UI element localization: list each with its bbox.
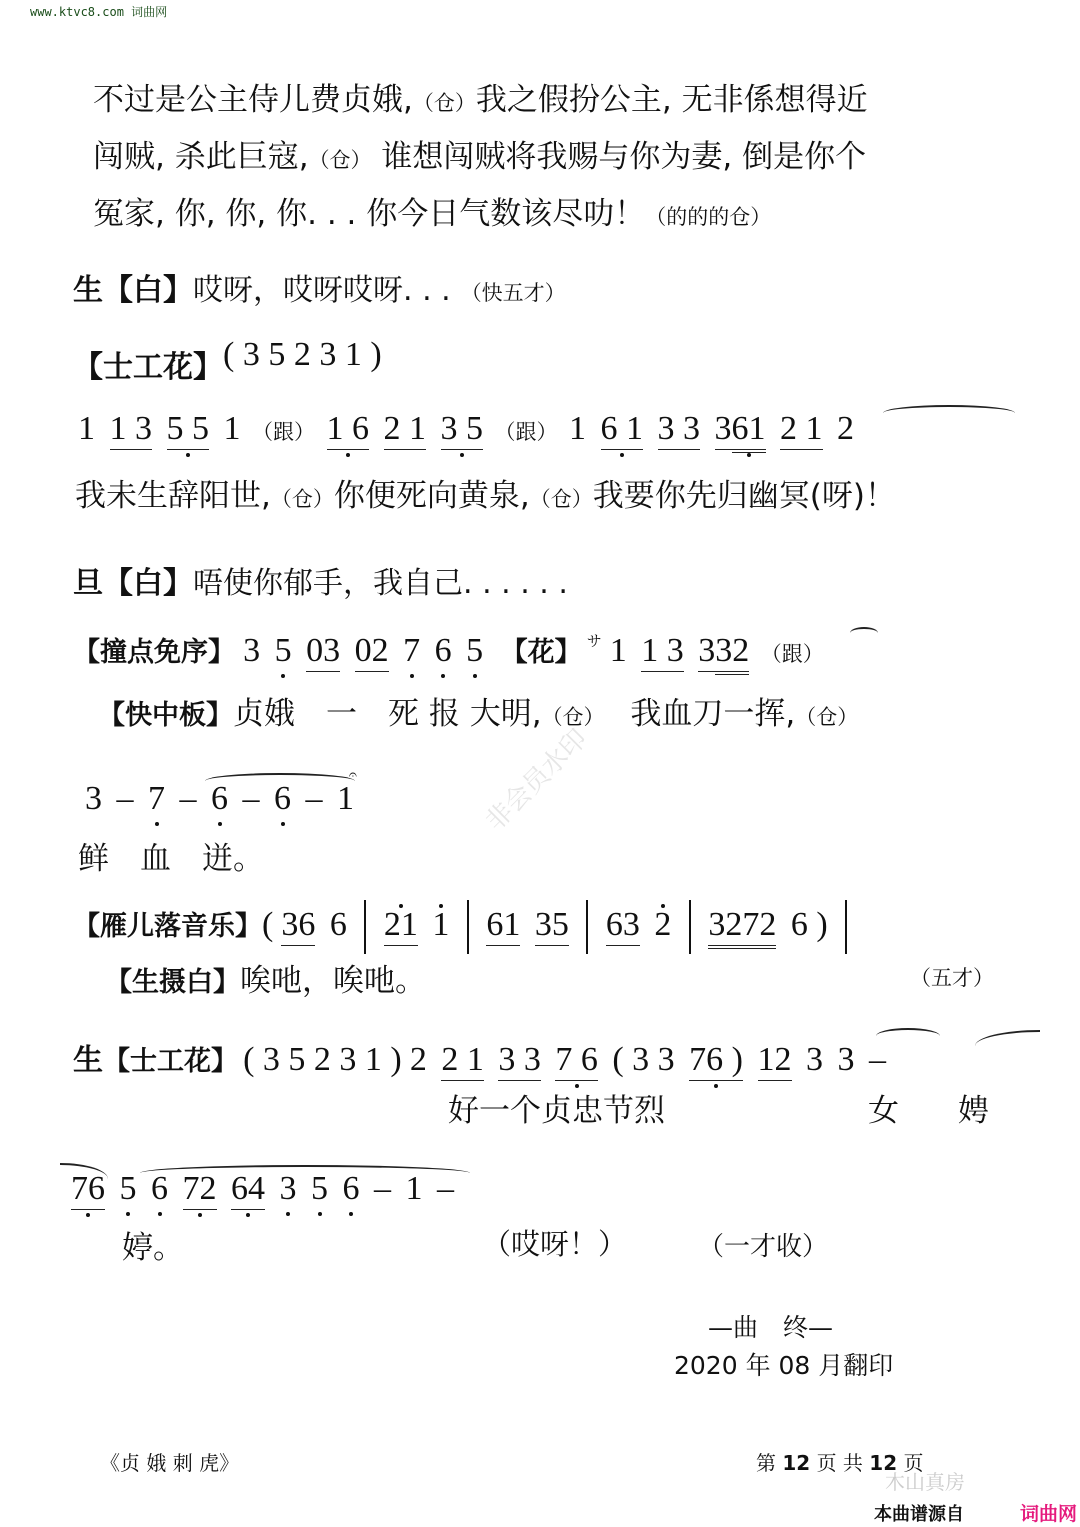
lyric: 我血刀一挥, <box>630 696 795 732</box>
dash: – <box>869 1041 886 1079</box>
prose-text: 闯贼, 杀此巨寇, <box>93 139 309 175</box>
note: 2 <box>837 410 854 448</box>
note: 3 <box>243 632 260 670</box>
tempo-label: 【快中板】 <box>98 700 233 731</box>
fermata-icon: 𝄐 <box>349 767 357 783</box>
note-group: 72 <box>183 1170 217 1210</box>
note-group: 36 <box>281 906 315 946</box>
note-group: 12 <box>758 1041 792 1081</box>
phrase4-notes: 【雁儿落音乐】( 36 6 21 1 61 35 63 2 3272 6 ) <box>73 900 853 954</box>
note: 6 <box>151 1170 168 1208</box>
note-group: 2 1 <box>780 410 823 450</box>
cue-cang: （仓） <box>413 91 476 115</box>
dialogue-text: 哎呀，哎呀哎呀. . . <box>193 273 451 308</box>
note: 6 ) <box>791 906 828 944</box>
site-name: 词曲网 <box>131 5 167 19</box>
note: 1 <box>432 906 449 944</box>
prose-line-1: 不过是公主侍儿费贞娥,（仓）我之假扮公主, 无非係想得近 <box>93 72 868 132</box>
role-label: 生 <box>73 1043 103 1078</box>
note-group: 5 5 <box>167 410 210 450</box>
tie <box>850 627 878 639</box>
paren: ( <box>262 906 273 943</box>
note-group: 1 3 <box>641 632 684 672</box>
note-group: 7 6 <box>555 1041 598 1081</box>
note: 6 <box>343 1170 360 1208</box>
note-group: 61 <box>486 906 520 946</box>
note-group: 3 3 <box>498 1041 541 1081</box>
section-label: 【花】 <box>501 637 582 668</box>
prose-text: 我之假扮公主, 无非係想得近 <box>476 82 868 118</box>
barline <box>364 900 366 954</box>
note-group: 1 3 <box>110 410 153 450</box>
prose-text: 谁想闯贼将我赐与你为妻, 倒是你个 <box>372 139 867 175</box>
corner-watermark: 木山真房 <box>885 1466 965 1495</box>
note: 5 <box>311 1170 328 1208</box>
section-label: 【雁儿落音乐】 <box>73 911 262 942</box>
note: 5 <box>120 1170 137 1208</box>
source-site-link[interactable]: 词曲网 <box>1020 1499 1077 1526</box>
phrase1-lyrics: 我未生辞阳世,（仓）你便死向黄泉,（仓）我要你先归幽冥(呀)！ <box>75 470 896 515</box>
section-label: 【生摄白】 <box>105 967 240 998</box>
dash: – <box>374 1170 391 1208</box>
site-url[interactable]: www.ktvc8.com <box>30 5 124 19</box>
note-group: 3 5 <box>441 410 484 450</box>
sheng-bai-line: 生【白】哎呀，哎呀哎呀. . .（快五才） <box>73 265 566 309</box>
page-mid: 页 共 <box>817 1451 863 1475</box>
cue-percussion: （一才收） <box>698 1226 828 1263</box>
site-header: www.ktvc8.com 词曲网 <box>30 3 167 20</box>
prose-line-3: 冤家, 你, 你, 你. . . 你今日气数该尽叻！（的的的仓） <box>93 186 771 246</box>
phrase2-notes: 【撞点免序】 3 5 03 02 7 6 5 【花】 サ 1 1 3 332 （… <box>73 630 824 675</box>
note-group: 1 6 <box>327 410 370 450</box>
cue-gen: （跟） <box>252 420 315 444</box>
note: 3 <box>280 1170 297 1208</box>
note: 5 <box>466 632 483 670</box>
lyric: 我要你先归幽冥 <box>593 478 810 514</box>
dash: – <box>437 1170 454 1208</box>
cue-exclaim: （哎呀！） <box>482 1222 627 1263</box>
note: 2 <box>410 1041 427 1079</box>
note: 1 <box>569 410 586 448</box>
role-label: 旦【白】 <box>73 566 193 601</box>
prose-text: 不过是公主侍儿费贞娥, <box>93 82 413 118</box>
notes: ( 3 5 2 3 1 ) <box>243 1041 402 1078</box>
section-label: 【士工花】 <box>103 1046 238 1077</box>
note: ( 3 3 <box>612 1041 674 1079</box>
note: 3 <box>806 1041 823 1079</box>
shigonghua-intro: 【士工花】( 3 5 2 3 1 ) <box>73 330 382 374</box>
role-label: 生【白】 <box>73 273 193 308</box>
slur <box>883 405 1015 421</box>
barline <box>845 900 847 954</box>
cue-cang: （仓） <box>309 148 372 172</box>
phrase3-lyrics: 鲜 血 迸。 <box>78 833 264 878</box>
slur <box>975 1030 1040 1046</box>
dialogue-text: 唔使你郁手，我自己. . . . . . <box>193 566 568 601</box>
note: 3 <box>838 1041 855 1079</box>
note-group: 2 1 <box>441 1041 484 1081</box>
cue-gen: （跟） <box>495 420 558 444</box>
slur <box>205 773 355 789</box>
note: 3 <box>85 780 102 818</box>
section-label: 【撞点免序】 <box>73 637 235 668</box>
phrase5-notes: 生【士工花】 ( 3 5 2 3 1 ) 2 2 1 3 3 7 6 ( 3 3… <box>73 1035 889 1081</box>
note: 3 <box>715 410 732 450</box>
footer-title: 《贞 娥 刺 虎》 <box>100 1447 239 1476</box>
note-group: 02 <box>355 632 389 672</box>
note-group: 3 3 <box>658 410 701 450</box>
note: 1 <box>406 1170 423 1208</box>
note-group: 21 <box>384 906 418 946</box>
note-group: 6 1 <box>601 410 644 450</box>
barline <box>467 900 469 954</box>
note: 7 <box>148 780 165 818</box>
cue-percussion: （五才） <box>910 962 994 992</box>
cue-cang: （仓） <box>530 487 593 511</box>
note: 2 <box>654 906 671 944</box>
prose-line-2: 闯贼, 杀此巨寇,（仓） 谁想闯贼将我赐与你为妻, 倒是你个 <box>93 129 866 189</box>
note: 6 <box>330 906 347 944</box>
page-number: 12 <box>782 1451 810 1475</box>
lyric: (呀)！ <box>810 478 896 514</box>
slur <box>876 1028 940 1044</box>
note-group: 63 <box>606 906 640 946</box>
note-group: 76 ) <box>689 1041 743 1081</box>
reprint-date: 2020 年 08 月翻印 <box>674 1346 893 1382</box>
cue-percussion: （快五才） <box>461 281 566 305</box>
cue-cang: （仓） <box>795 705 858 729</box>
phrase1-notes: 1 1 3 5 5 1 （跟） 1 6 2 1 3 5 （跟） 1 6 1 3 … <box>75 410 857 453</box>
source-label: 本曲谱源自 <box>874 1500 964 1526</box>
note-group: 64 <box>231 1170 265 1210</box>
dash: – <box>180 780 197 818</box>
note: 1 <box>610 632 627 670</box>
phrase2-lyrics: 【快中板】贞娥 一 死 报 大明,（仓） 我血刀一挥,（仓） <box>98 688 858 733</box>
dash: – <box>117 780 134 818</box>
lyric: 贞娥 一 死 报 大明, <box>233 696 542 732</box>
lyric: 女 <box>868 1085 899 1130</box>
page-prefix: 第 <box>756 1451 776 1475</box>
note-group: 03 <box>306 632 340 672</box>
note: 5 <box>275 632 292 670</box>
lyric: 你便死向黄泉, <box>334 478 530 514</box>
note-group: 32 <box>715 632 749 675</box>
lyric: 好一个贞忠节烈 <box>448 1085 665 1130</box>
lyric: 娉 <box>958 1085 989 1130</box>
end-mark: —曲 终— <box>708 1308 833 1344</box>
note: 6 <box>435 632 452 670</box>
phrase4-sub: 【生摄白】唉吔，唉吔。 <box>105 955 426 1000</box>
note-group: 3272 <box>708 906 776 949</box>
cue-cang: （仓） <box>271 487 334 511</box>
note: 1 <box>224 410 241 448</box>
note-group: 76 <box>71 1170 105 1210</box>
watermark: 非会员水印 <box>476 719 594 837</box>
section-label: 【士工花】 <box>73 350 223 385</box>
dialogue-text: 唉吔，唉吔。 <box>240 963 426 999</box>
note-group: 2 1 <box>384 410 427 450</box>
note: 7 <box>403 632 420 670</box>
note-group: 35 <box>535 906 569 946</box>
note: 1 <box>78 410 95 448</box>
note: 3 <box>698 632 715 672</box>
barline <box>586 900 588 954</box>
lyric: 婷。 <box>122 1222 184 1267</box>
note-group: 61 <box>732 410 766 453</box>
phrase6-notes: 76 5 6 72 64 3 5 6 – 1 – <box>68 1170 457 1210</box>
lyric: 我未生辞阳世, <box>75 478 271 514</box>
free-tempo-mark: サ <box>587 632 602 650</box>
notes: ( 3 5 2 3 1 ) <box>223 336 382 373</box>
prose-text: 冤家, 你, 你, 你. . . 你今日气数该尽叻！ <box>93 196 645 232</box>
cue-gen: （跟） <box>761 642 824 666</box>
dan-bai-line: 旦【白】唔使你郁手，我自己. . . . . . <box>73 558 568 602</box>
cue-percussion: （的的的仓） <box>645 205 771 229</box>
barline <box>689 900 691 954</box>
